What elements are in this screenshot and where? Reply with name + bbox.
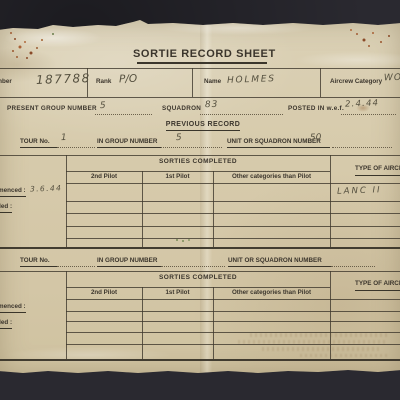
- table2-col-1st-pilot: 1st Pilot: [142, 290, 213, 296]
- green-speck: [52, 33, 54, 35]
- number-label: Number: [0, 79, 12, 85]
- showthrough-text-line: [300, 354, 390, 357]
- squadron-label: SQUADRON: [162, 106, 201, 112]
- aircrew-category-value: WOP: [384, 74, 400, 84]
- tour1-group-value: 5: [176, 134, 182, 143]
- aircrew-category-label: Aircrew Category: [330, 79, 382, 85]
- tour2-label: TOUR No.: [20, 258, 50, 264]
- tour1-unit-label: UNIT OR SQUADRON NUMBER: [227, 139, 321, 145]
- showthrough-text-line: [238, 340, 388, 344]
- rust-stain-cluster-right: [350, 29, 352, 31]
- tour2-unit-label: UNIT OR SQUADRON NUMBER: [228, 258, 322, 264]
- tour1-ended-label: Ended :: [0, 204, 12, 213]
- showthrough-text-line: [262, 347, 382, 351]
- table2-col-other: Other categories than Pilot: [213, 290, 330, 296]
- page-title: SORTIE RECORD SHEET: [133, 49, 273, 60]
- rank-label: Rank: [96, 79, 111, 85]
- previous-record-underline: [166, 130, 240, 132]
- tour2-ended-label: Ended :: [0, 320, 12, 329]
- rust-stain-cluster-left: [10, 32, 12, 34]
- name-label: Name: [204, 79, 221, 85]
- present-group-label: PRESENT GROUP NUMBER: [7, 106, 97, 112]
- present-group-value: 5: [100, 102, 106, 111]
- posted-in-label: POSTED IN w.e.f.: [288, 106, 344, 112]
- title-underline: [137, 62, 267, 64]
- scanned-document-view: SORTIE RECORD SHEET Number 187788 Rank P…: [0, 0, 400, 400]
- table2-col-aircraft: TYPE OF AIRCRAFT: [355, 281, 400, 287]
- showthrough-text-line: [250, 333, 390, 337]
- table1-col-1st-pilot: 1st Pilot: [142, 174, 213, 180]
- table2-col-2nd-pilot: 2nd Pilot: [66, 290, 142, 296]
- number-value: 187788: [36, 72, 91, 86]
- previous-record-heading: PREVIOUS RECORD: [163, 121, 243, 128]
- tour1-commenced-label: Commenced :: [0, 188, 26, 197]
- green-specks: [176, 239, 178, 241]
- tour1-value: 1: [61, 134, 67, 143]
- rank-value: P/O: [119, 74, 137, 85]
- table1-sorties-header: SORTIES COMPLETED: [66, 159, 330, 166]
- posted-in-value: 2.4.44: [345, 99, 380, 109]
- tour2-commenced-label: Commenced :: [0, 304, 26, 313]
- name-value: HOLMES: [227, 75, 276, 86]
- table1-col-2nd-pilot: 2nd Pilot: [66, 174, 142, 180]
- tour1-unit-value: 50: [310, 134, 322, 143]
- table2-sorties-header: SORTIES COMPLETED: [66, 275, 330, 282]
- squadron-value: 83: [205, 101, 219, 110]
- table1-col-other: Other categories than Pilot: [213, 174, 330, 180]
- tour1-group-label: IN GROUP NUMBER: [97, 139, 157, 145]
- tour1-label: TOUR No.: [20, 139, 50, 145]
- tour2-group-label: IN GROUP NUMBER: [97, 258, 157, 264]
- table1-col-aircraft: TYPE OF AIRCRAFT: [355, 166, 400, 172]
- tour1-commenced-value: 3.6.44: [30, 184, 63, 193]
- tour1-aircraft-value: LANC II: [337, 186, 382, 196]
